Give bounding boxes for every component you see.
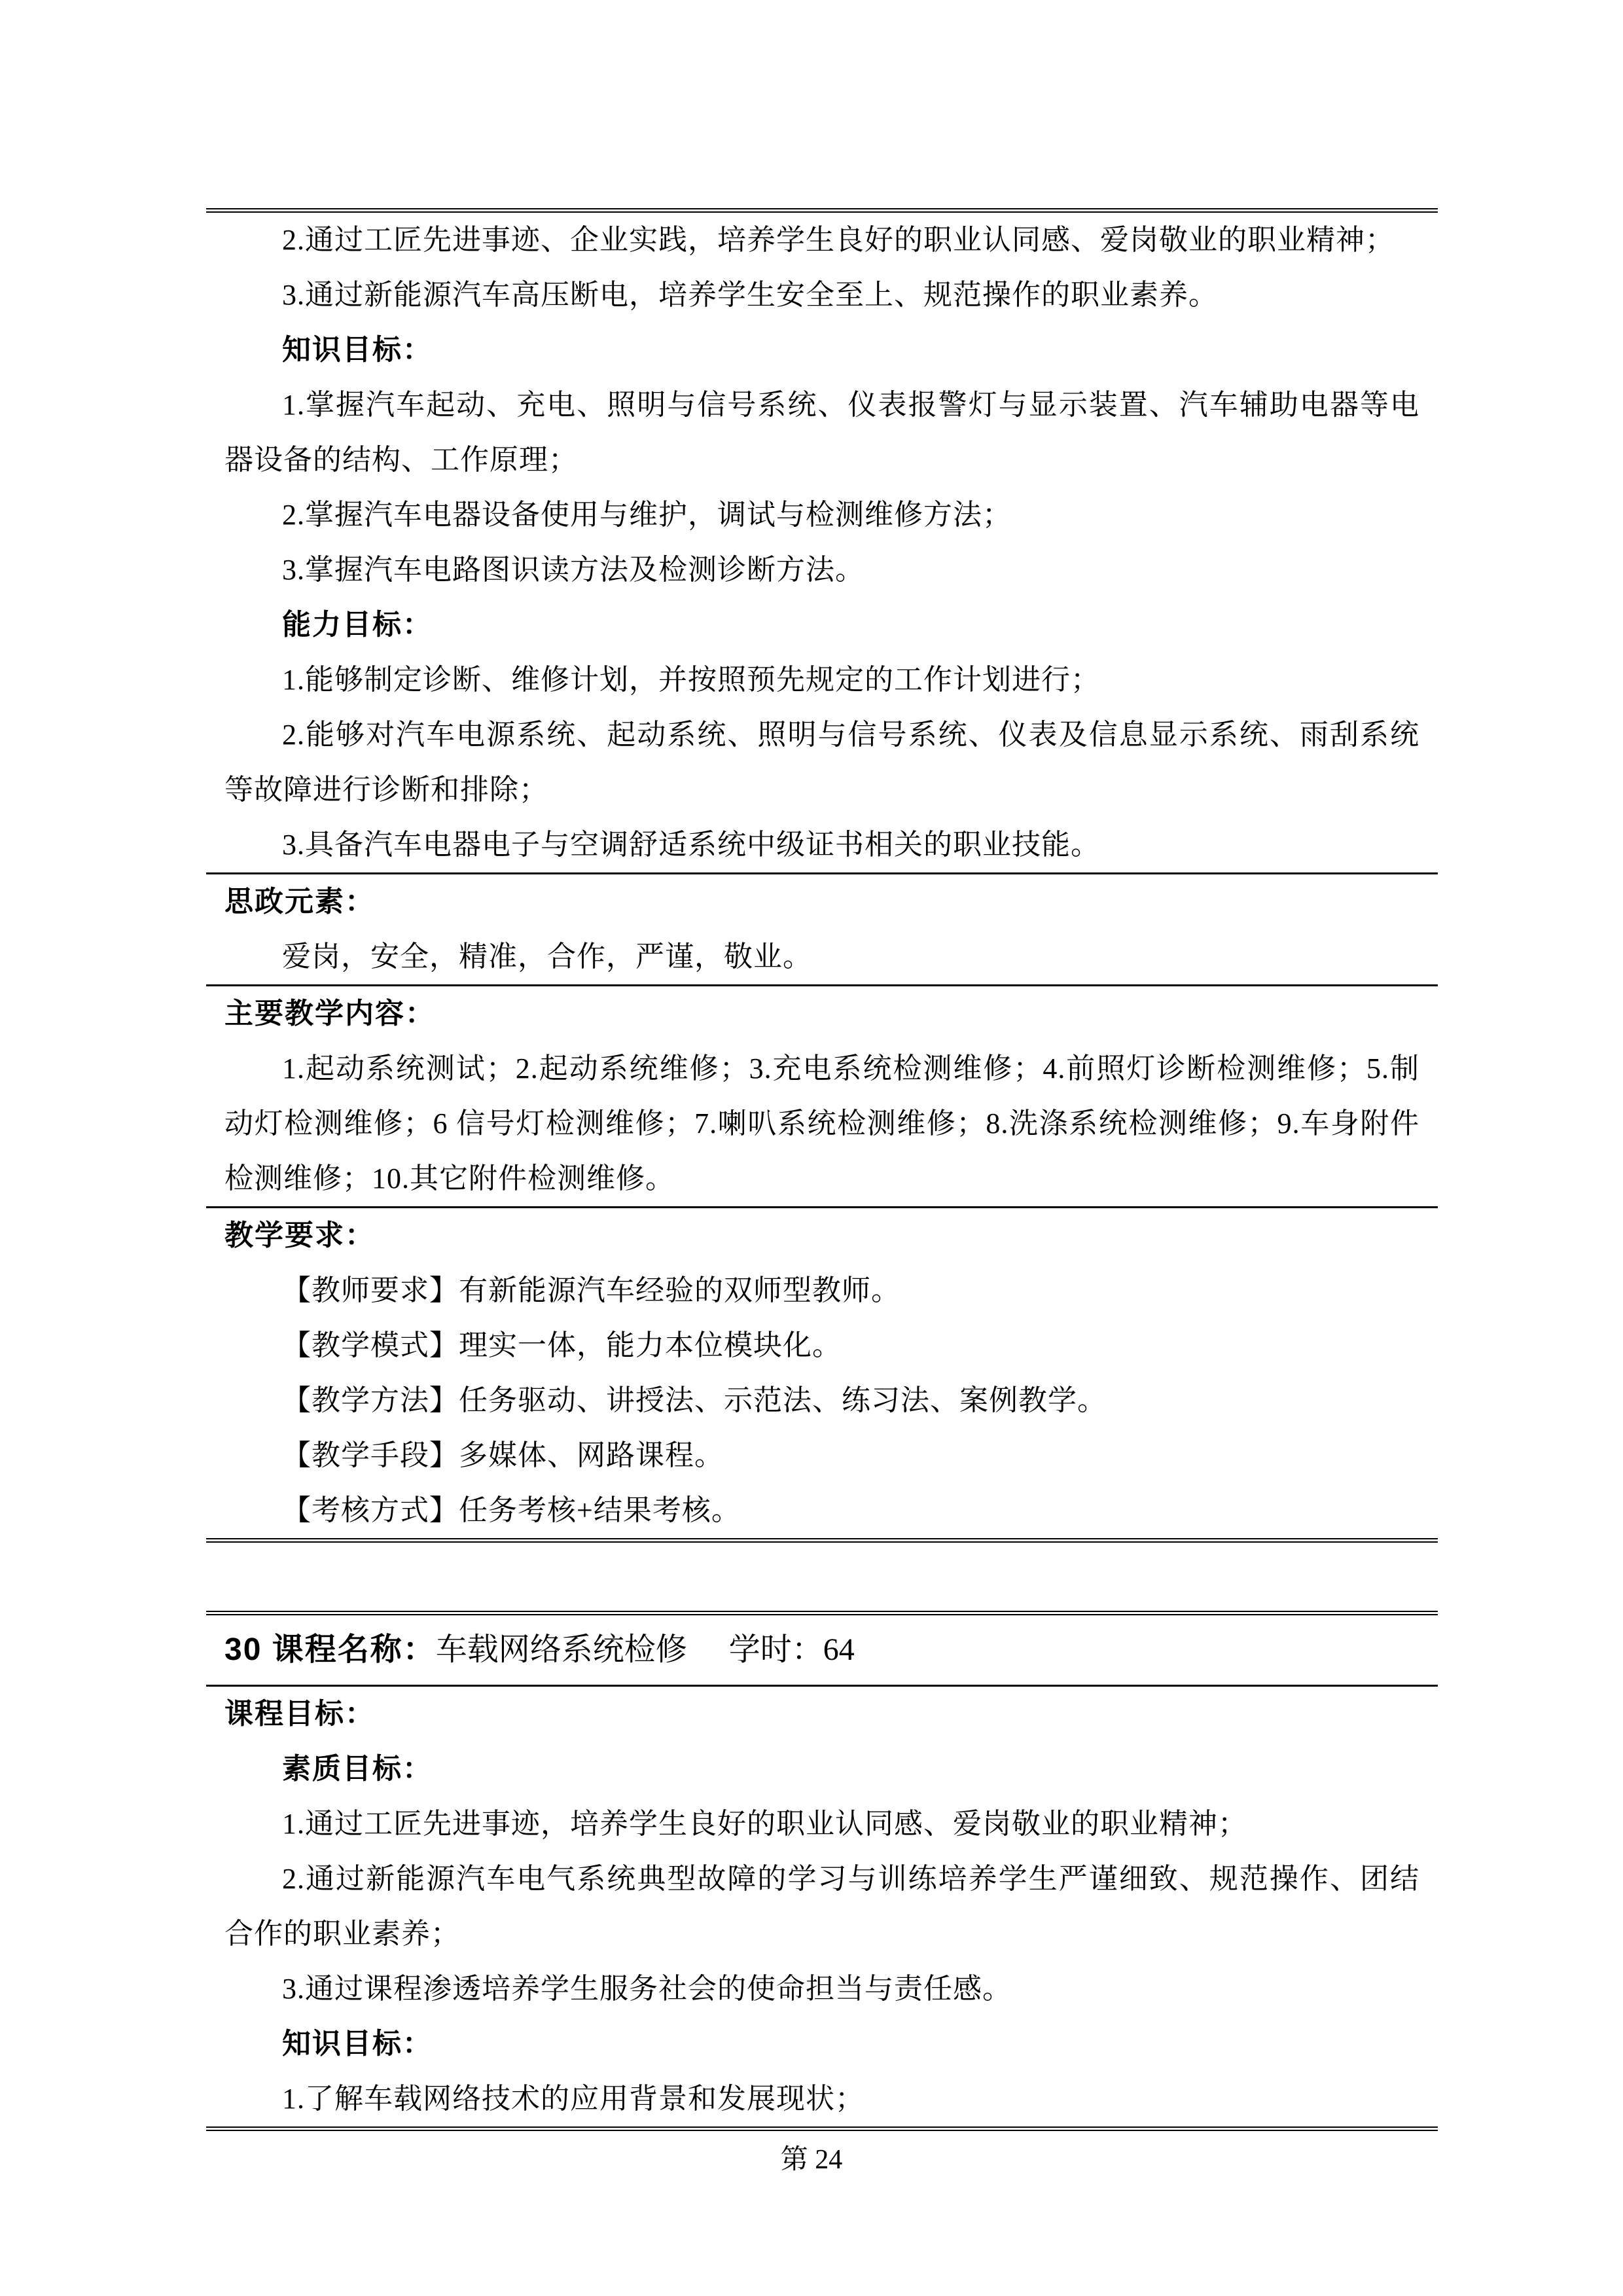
ability-objectives-heading: 能力目标： xyxy=(224,598,1419,653)
course-29-ideology-section: 思政元素：爱岗，安全，精准，合作，严谨，敬业。 xyxy=(206,872,1438,984)
document-page: 2.通过工匠先进事迹、企业实践，培养学生良好的职业认同感、爱岗敬业的职业精神；3… xyxy=(0,0,1623,2296)
teacher-requirement: 【教师要求】有新能源汽车经验的双师型教师。 xyxy=(224,1263,1419,1318)
teaching-mode: 【教学模式】理实一体，能力本位模块化。 xyxy=(224,1318,1419,1373)
ideology-elements-heading: 思政元素： xyxy=(224,874,1419,929)
quality-objective-1: 1.通过工匠先进事迹，培养学生良好的职业认同感、爱岗敬业的职业精神； xyxy=(224,1797,1419,1852)
course-30-table: 30 课程名称：车载网络系统检修学时：64 课程目标：素质目标：1.通过工匠先进… xyxy=(206,1611,1438,2131)
knowledge-objectives-heading: 知识目标： xyxy=(224,323,1419,378)
ideology-elements-content: 爱岗，安全，精准，合作，严谨，敬业。 xyxy=(224,929,1419,984)
quality-objective-3: 3.通过新能源汽车高压断电，培养学生安全至上、规范操作的职业素养。 xyxy=(224,268,1419,323)
teaching-requirements-heading: 教学要求： xyxy=(224,1208,1419,1263)
quality-objectives-heading: 素质目标： xyxy=(224,1742,1419,1797)
course-number-label: 30 课程名称： xyxy=(224,1632,436,1667)
page-number: 第 24 xyxy=(0,2139,1623,2181)
course-30-goals-section: 课程目标：素质目标：1.通过工匠先进事迹，培养学生良好的职业认同感、爱岗敬业的职… xyxy=(206,1685,1438,2126)
main-teaching-content-heading: 主要教学内容： xyxy=(224,986,1419,1041)
course-29-objectives-section: 2.通过工匠先进事迹、企业实践，培养学生良好的职业认同感、爱岗敬业的职业精神；3… xyxy=(206,213,1438,872)
course-hours-label: 学时： xyxy=(729,1632,823,1667)
course-29-teaching-content-section: 主要教学内容：1.起动系统测试；2.起动系统维修；3.充电系统检测维修；4.前照… xyxy=(206,984,1438,1206)
document-content: 2.通过工匠先进事迹、企业实践，培养学生良好的职业认同感、爱岗敬业的职业精神；3… xyxy=(206,208,1438,2131)
course-name: 车载网络系统检修 xyxy=(436,1632,687,1667)
quality-objective-3: 3.通过课程渗透培养学生服务社会的使命担当与责任感。 xyxy=(224,1962,1419,2017)
teaching-means: 【教学手段】多媒体、网路课程。 xyxy=(224,1428,1419,1483)
knowledge-objective-3: 3.掌握汽车电路图识读方法及检测诊断方法。 xyxy=(224,543,1419,598)
course-29-teaching-requirements-section: 教学要求：【教师要求】有新能源汽车经验的双师型教师。【教学模式】理实一体，能力本… xyxy=(206,1206,1438,1538)
knowledge-objectives-heading: 知识目标： xyxy=(224,2017,1419,2072)
main-teaching-content-list: 1.起动系统测试；2.起动系统维修；3.充电系统检测维修；4.前照灯诊断检测维修… xyxy=(224,1041,1419,1206)
course-30-title-row: 30 课程名称：车载网络系统检修学时：64 xyxy=(206,1615,1438,1685)
knowledge-objective-2: 2.掌握汽车电器设备使用与维护，调试与检测维修方法； xyxy=(224,488,1419,543)
quality-objective-2: 2.通过工匠先进事迹、企业实践，培养学生良好的职业认同感、爱岗敬业的职业精神； xyxy=(224,213,1419,268)
knowledge-objective-1: 1.了解车载网络技术的应用背景和发展现状； xyxy=(224,2072,1419,2126)
course-hours-value: 64 xyxy=(823,1632,855,1667)
quality-objective-2: 2.通过新能源汽车电气系统典型故障的学习与训练培养学生严谨细致、规范操作、团结合… xyxy=(224,1852,1419,1962)
teaching-method: 【教学方法】任务驱动、讲授法、示范法、练习法、案例教学。 xyxy=(224,1373,1419,1428)
ability-objective-3: 3.具备汽车电器电子与空调舒适系统中级证书相关的职业技能。 xyxy=(224,817,1419,872)
ability-objective-1: 1.能够制定诊断、维修计划，并按照预先规定的工作计划进行； xyxy=(224,653,1419,708)
course-objectives-heading: 课程目标： xyxy=(224,1687,1419,1742)
course-29-table: 2.通过工匠先进事迹、企业实践，培养学生良好的职业认同感、爱岗敬业的职业精神；3… xyxy=(206,208,1438,1543)
assessment-method: 【考核方式】任务考核+结果考核。 xyxy=(224,1483,1419,1538)
ability-objective-2: 2.能够对汽车电源系统、起动系统、照明与信号系统、仪表及信息显示系统、雨刮系统等… xyxy=(224,708,1419,817)
knowledge-objective-1: 1.掌握汽车起动、充电、照明与信号系统、仪表报警灯与显示装置、汽车辅助电器等电器… xyxy=(224,378,1419,488)
